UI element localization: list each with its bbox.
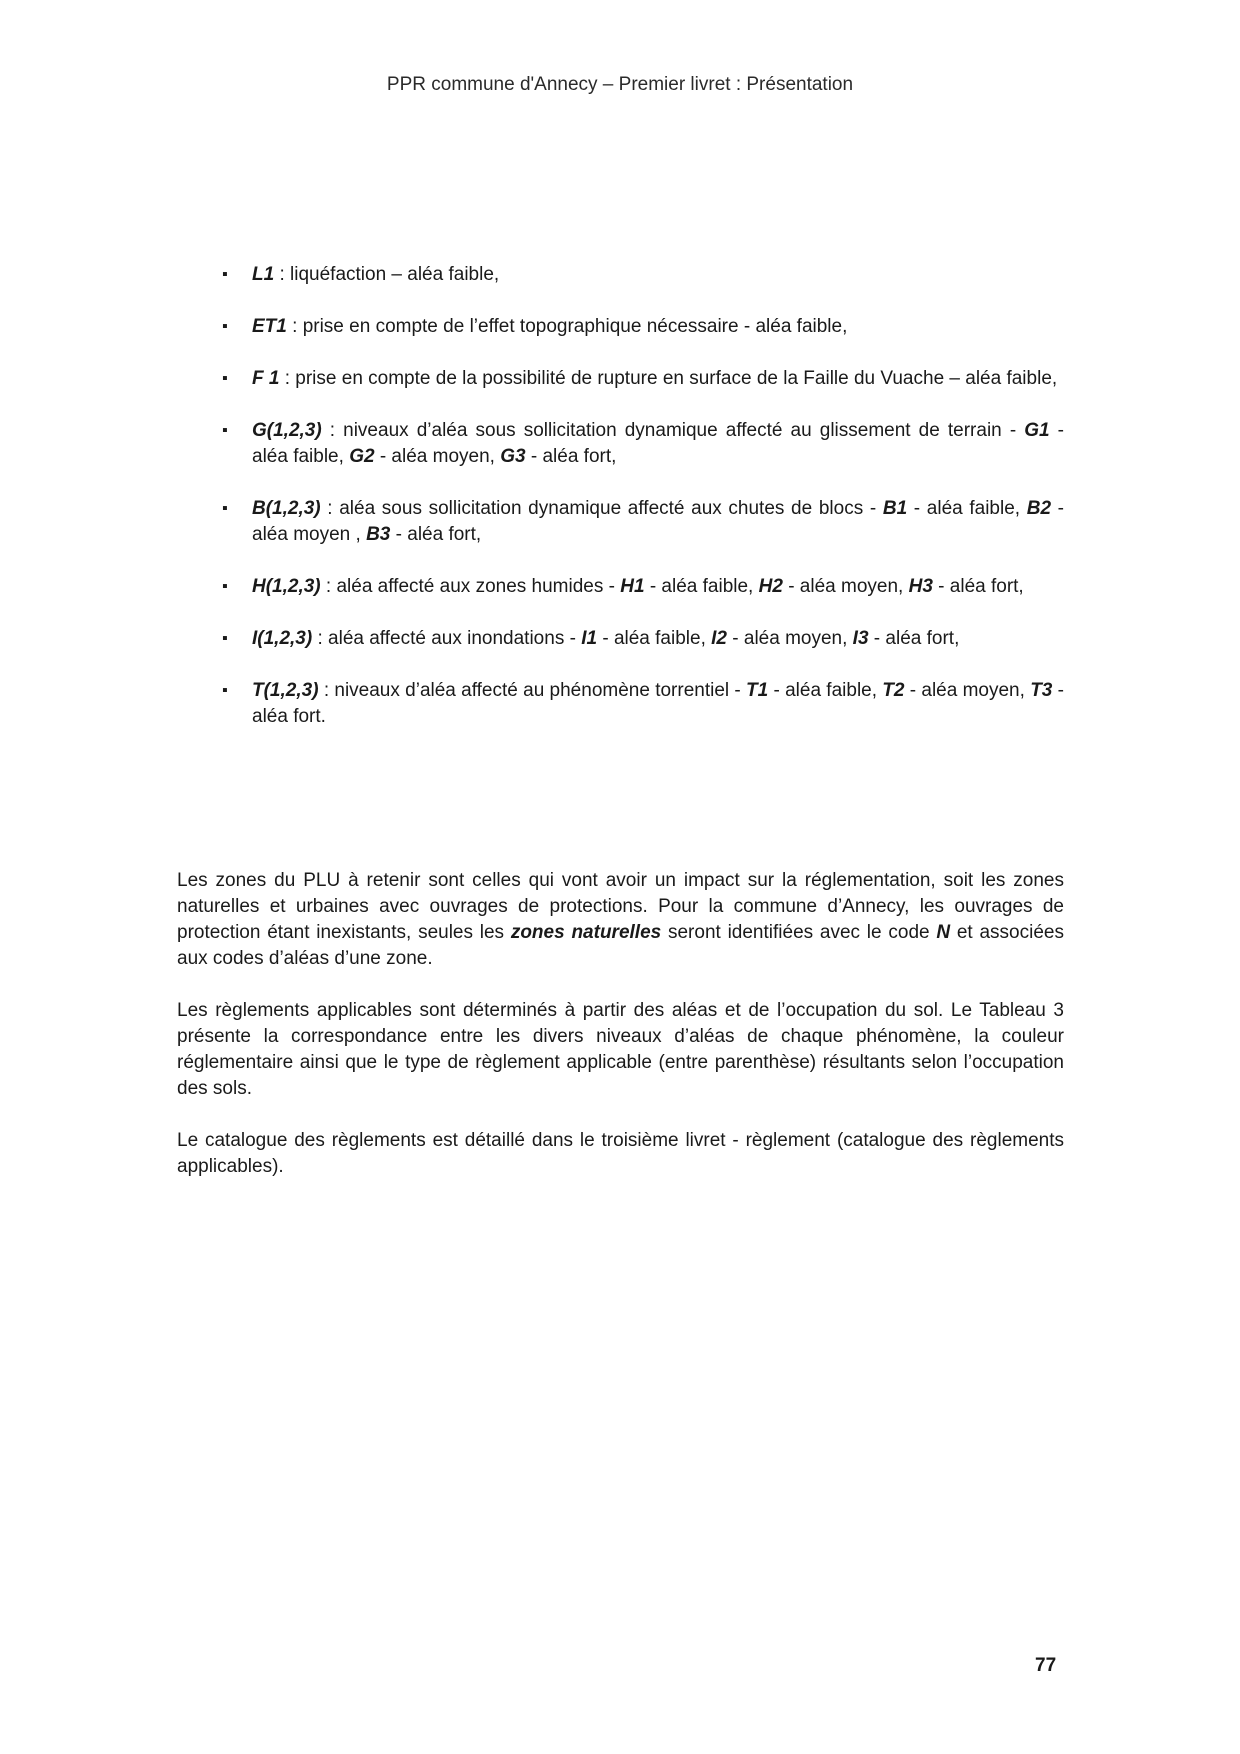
text-run: : niveaux d’aléa sous sollicitation dyna…	[322, 420, 1025, 441]
page-number: 77	[1035, 1655, 1056, 1677]
running-header: PPR commune d'Annecy – Premier livret : …	[0, 74, 1240, 96]
body-paragraphs: Les zones du PLU à retenir sont celles q…	[177, 868, 1064, 1206]
emphasis-code: T(1,2,3)	[252, 680, 319, 701]
emphasis-code: B3	[366, 524, 390, 545]
paragraph: Les règlements applicables sont détermin…	[177, 998, 1064, 1102]
emphasis-code: zones naturelles	[511, 922, 661, 943]
text-run: : prise en compte de l’effet topographiq…	[287, 316, 848, 337]
emphasis-code: N	[936, 922, 950, 943]
emphasis-code: L1	[252, 264, 274, 285]
text-run: - aléa moyen,	[783, 576, 909, 597]
emphasis-code: G1	[1024, 420, 1049, 441]
emphasis-code: T2	[882, 680, 904, 701]
text-run: seront identifiées avec le code	[661, 922, 936, 943]
text-run: - aléa fort,	[526, 446, 617, 467]
emphasis-code: I(1,2,3)	[252, 628, 312, 649]
emphasis-code: T1	[746, 680, 768, 701]
text-run: : aléa affecté aux inondations -	[312, 628, 581, 649]
emphasis-code: G(1,2,3)	[252, 420, 322, 441]
bullet-icon: ▪	[222, 626, 228, 652]
emphasis-code: H(1,2,3)	[252, 576, 321, 597]
emphasis-code: H1	[620, 576, 644, 597]
text-run: - aléa faible,	[907, 498, 1027, 519]
text-run: : aléa sous sollicitation dynamique affe…	[321, 498, 883, 519]
bullet-icon: ▪	[222, 366, 228, 392]
list-item: ▪H(1,2,3) : aléa affecté aux zones humid…	[214, 574, 1064, 600]
emphasis-code: I3	[853, 628, 869, 649]
bullet-icon: ▪	[222, 678, 228, 704]
text-run: : niveaux d’aléa affecté au phénomène to…	[319, 680, 746, 701]
text-run: - aléa fort,	[390, 524, 481, 545]
text-run: - aléa moyen,	[727, 628, 853, 649]
emphasis-code: I2	[711, 628, 727, 649]
bullet-icon: ▪	[222, 496, 228, 522]
list-item: ▪G(1,2,3) : niveaux d’aléa sous sollicit…	[214, 418, 1064, 470]
bullet-icon: ▪	[222, 262, 228, 288]
emphasis-code: H3	[909, 576, 933, 597]
emphasis-code: B(1,2,3)	[252, 498, 321, 519]
text-run: Le catalogue des règlements est détaillé…	[177, 1130, 1064, 1177]
paragraph: Les zones du PLU à retenir sont celles q…	[177, 868, 1064, 972]
text-run: - aléa faible,	[597, 628, 711, 649]
bullet-icon: ▪	[222, 418, 228, 444]
list-item: ▪L1 : liquéfaction – aléa faible,	[214, 262, 1064, 288]
bullet-icon: ▪	[222, 314, 228, 340]
list-item: ▪I(1,2,3) : aléa affecté aux inondations…	[214, 626, 1064, 652]
emphasis-code: G3	[500, 446, 525, 467]
hazard-code-list: ▪L1 : liquéfaction – aléa faible,▪ET1 : …	[214, 262, 1064, 756]
text-run: - aléa moyen,	[375, 446, 501, 467]
text-run: - aléa fort,	[869, 628, 960, 649]
emphasis-code: B2	[1027, 498, 1051, 519]
emphasis-code: H2	[759, 576, 783, 597]
paragraph: Le catalogue des règlements est détaillé…	[177, 1128, 1064, 1180]
text-run: - aléa faible,	[768, 680, 882, 701]
text-run: : liquéfaction – aléa faible,	[274, 264, 499, 285]
bullet-icon: ▪	[222, 574, 228, 600]
document-page: PPR commune d'Annecy – Premier livret : …	[0, 0, 1240, 1754]
emphasis-code: G2	[349, 446, 374, 467]
list-item: ▪T(1,2,3) : niveaux d’aléa affecté au ph…	[214, 678, 1064, 730]
list-item: ▪B(1,2,3) : aléa sous sollicitation dyna…	[214, 496, 1064, 548]
emphasis-code: B1	[883, 498, 907, 519]
text-run: Les règlements applicables sont détermin…	[177, 1000, 1064, 1099]
list-item: ▪ET1 : prise en compte de l’effet topogr…	[214, 314, 1064, 340]
emphasis-code: F 1	[252, 368, 279, 389]
text-run: : prise en compte de la possibilité de r…	[279, 368, 1057, 389]
text-run: : aléa affecté aux zones humides -	[321, 576, 621, 597]
text-run: - aléa fort,	[933, 576, 1024, 597]
emphasis-code: I1	[581, 628, 597, 649]
text-run: - aléa faible,	[645, 576, 759, 597]
emphasis-code: ET1	[252, 316, 287, 337]
text-run: - aléa moyen,	[904, 680, 1030, 701]
list-item: ▪F 1 : prise en compte de la possibilité…	[214, 366, 1064, 392]
emphasis-code: T3	[1030, 680, 1052, 701]
